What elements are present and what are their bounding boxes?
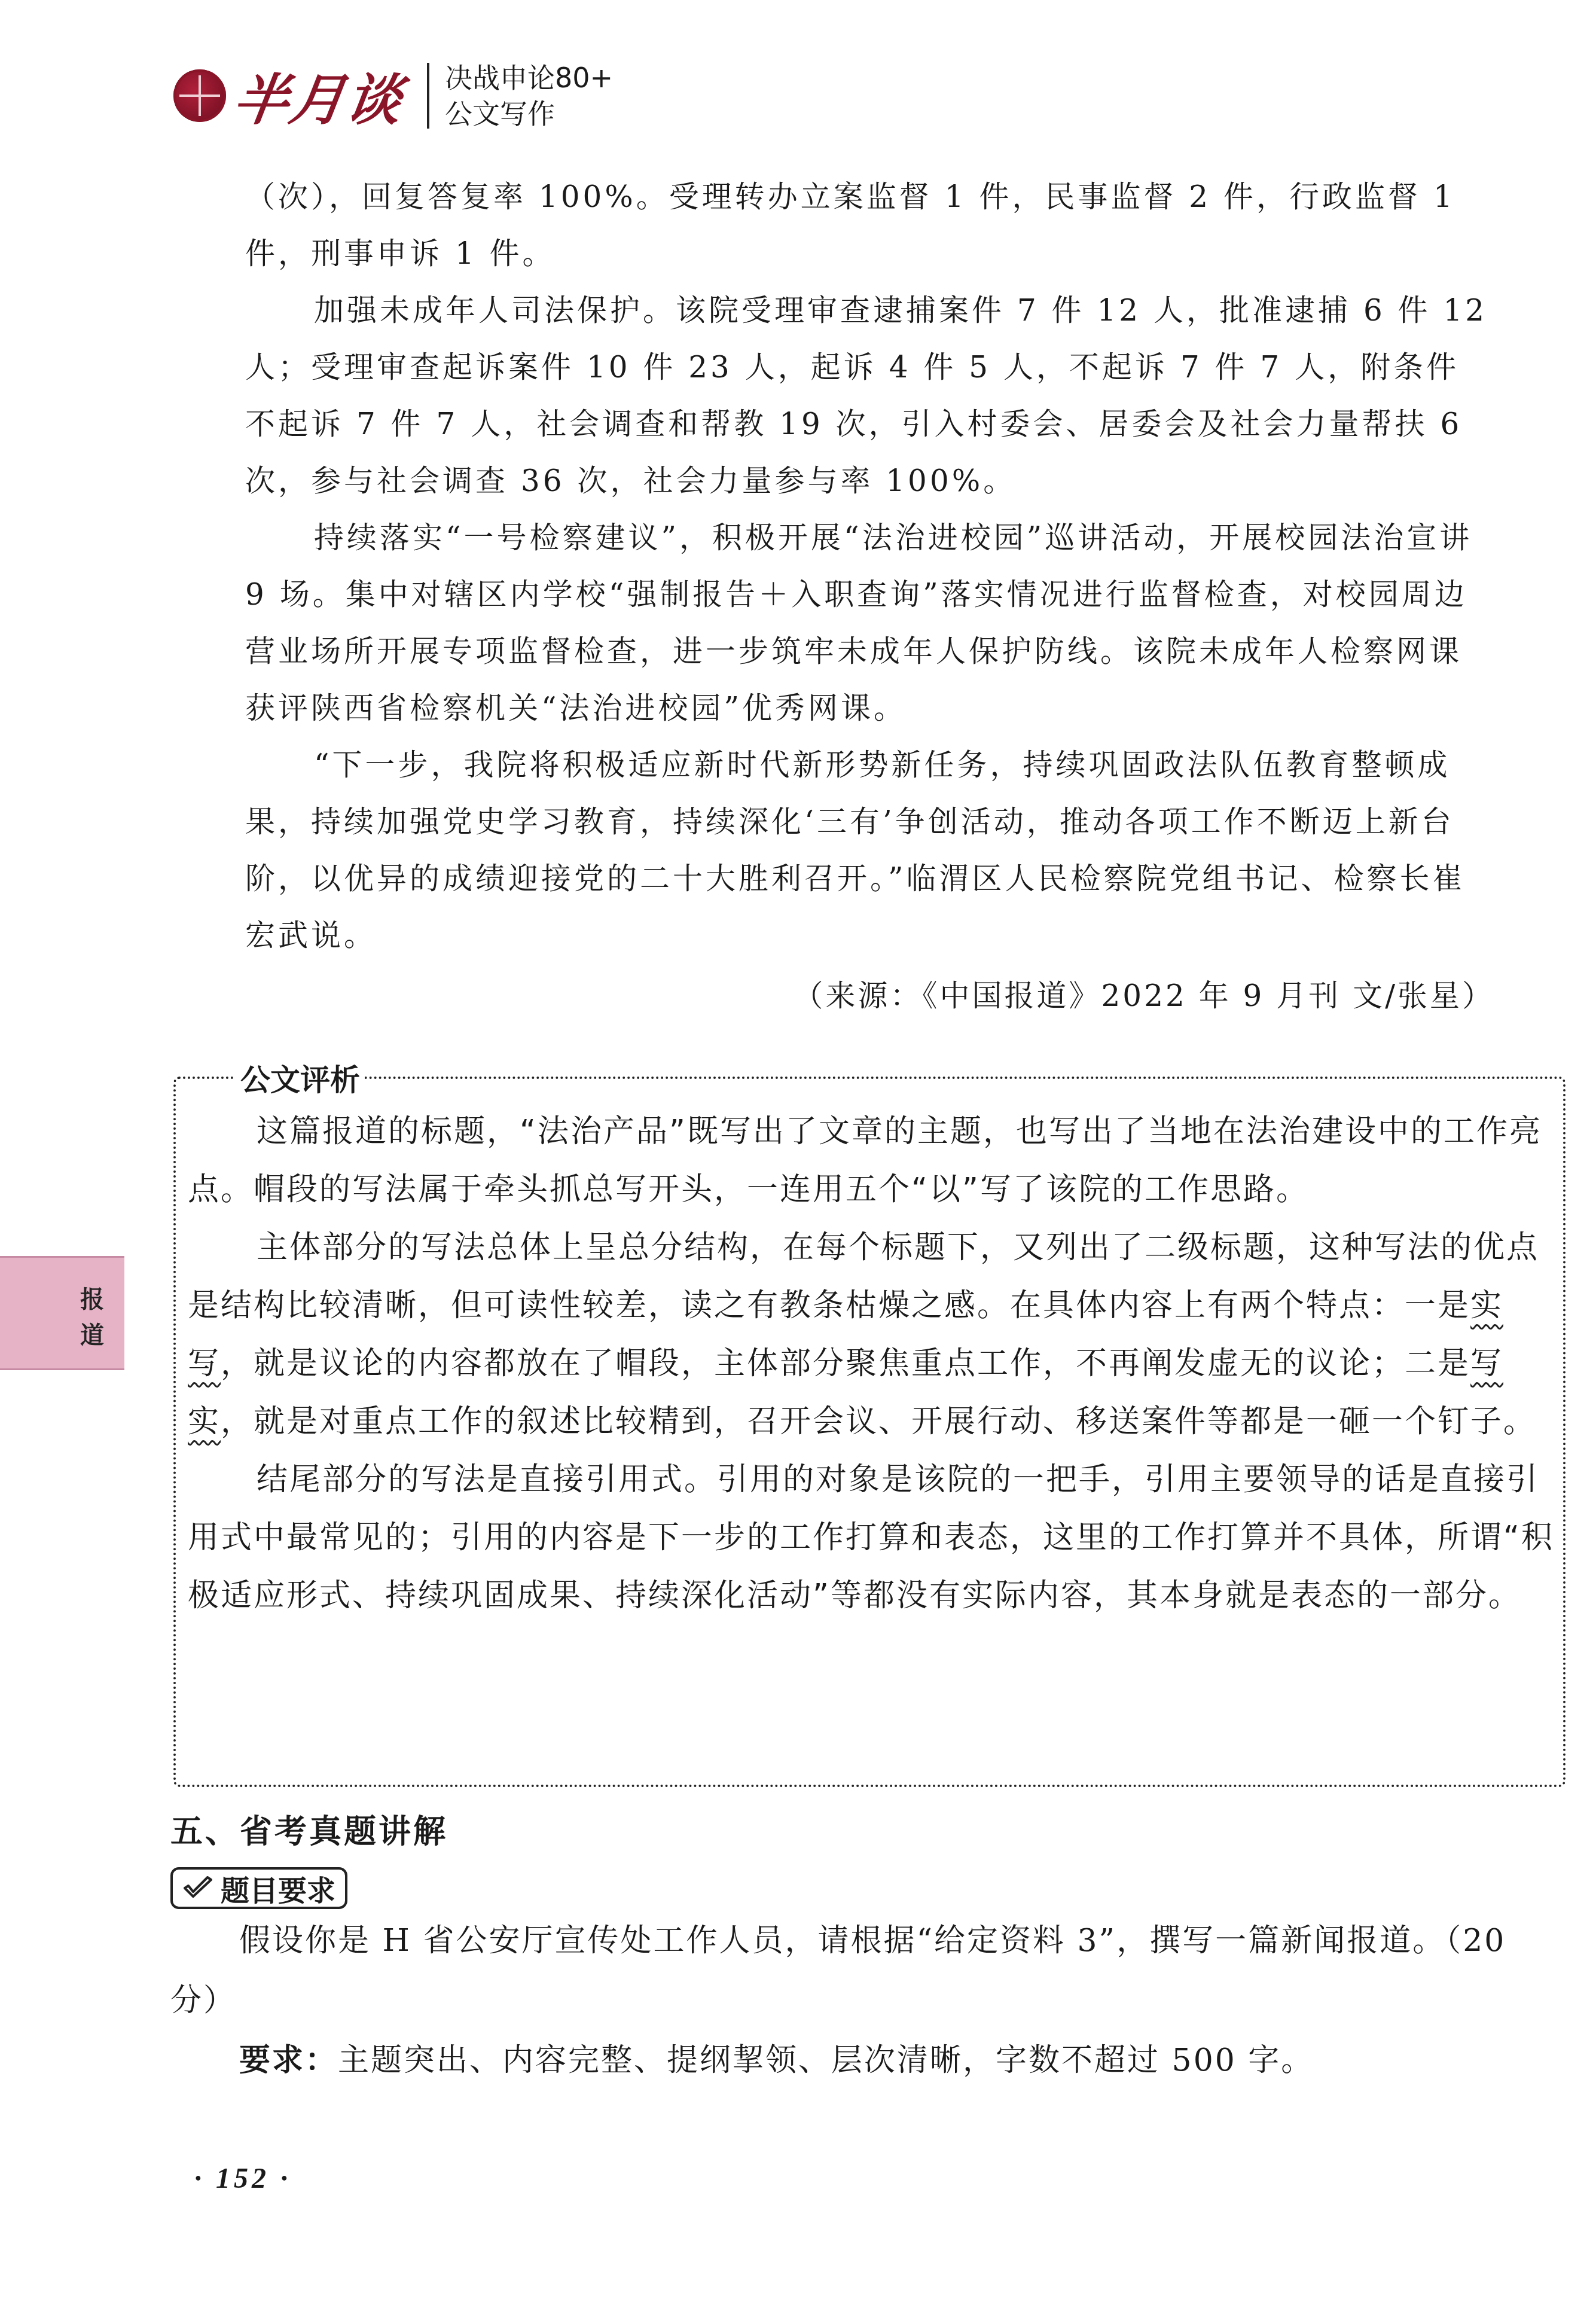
article-paragraph: （次），回复答复率 100%。受理转办立案监督 1 件，民事监督 2 件，行政监… [245,169,1489,282]
page-number: · 152 · [194,2162,291,2195]
analysis-title: 公文评析 [236,1056,365,1099]
article-paragraph: “下一步，我院将积极适应新时代新形势新任务，持续巩固政法队伍教育整顿成果，持续加… [245,737,1489,964]
analysis-paragraph: 主体部分的写法总体上呈总分结构，在每个标题下，又列出了二级标题，这种写法的优点是… [188,1219,1556,1451]
chapter-side-tab-label: 报道 [80,1282,104,1353]
check-icon [182,1876,213,1900]
analysis-text: 主体部分的写法总体上呈总分结构，在每个标题下，又列出了二级标题，这种写法的优点是… [188,1230,1539,1324]
analysis-text: ，就是对重点工作的叙述比较精到，召开会议、开展行动、移送案件等都是一砸一个钉子。 [221,1404,1536,1440]
article-paragraph: 持续落实“一号检察建议”，积极开展“法治进校园”巡讲活动，开展校园法治宣讲 9 … [245,510,1489,737]
brand-logo: 半月谈 [229,56,409,135]
requirement-badge: 题目要求 [170,1867,347,1909]
page-header: 半月谈 决战申论80+ 公文写作 [173,57,613,135]
book-title: 决战申论80+ 公文写作 [445,60,613,132]
globe-logo-icon [173,69,226,122]
analysis-paragraph: 结尾部分的写法是直接引用式。引用的对象是该院的一把手，引用主要领导的话是直接引用… [188,1451,1556,1625]
requirement-text: 主题突出、内容完整、提纲挈领、层次清晰，字数不超过 500 字。 [338,2042,1314,2078]
requirement-label: 要求： [239,2042,338,2078]
article-body: （次），回复答复率 100%。受理转办立案监督 1 件，民事监督 2 件，行政监… [245,169,1489,964]
article-paragraph: 加强未成年人司法保护。该院受理审查逮捕案件 7 件 12 人，批准逮捕 6 件 … [245,282,1489,510]
book-title-line1: 决战申论80+ [445,60,613,96]
question-body: 假设你是 H 省公安厅宣传处工作人员，请根据“给定资料 3”，撰写一篇新闻报道。… [170,1911,1558,2090]
book-title-line2: 公文写作 [445,96,613,132]
analysis-text: ，就是议论的内容都放在了帽段，主体部分聚焦重点工作，不再阐发虚无的议论；二是 [221,1346,1470,1382]
section-heading: 五、省考真题讲解 [170,1806,448,1852]
analysis-body: 这篇报道的标题，“法治产品”既写出了文章的主题，也写出了当地在法治建设中的工作亮… [188,1103,1556,1625]
header-divider [427,63,429,129]
requirement-badge-label: 题目要求 [221,1868,335,1909]
requirement-line: 要求：主题突出、内容完整、提纲挈领、层次清晰，字数不超过 500 字。 [170,2030,1558,2090]
chapter-side-tab: 报道 [0,1256,124,1370]
article-source: （来源：《中国报道》2022 年 9 月刊 文/张星） [794,972,1494,1015]
analysis-paragraph: 这篇报道的标题，“法治产品”既写出了文章的主题，也写出了当地在法治建设中的工作亮… [188,1103,1556,1219]
analysis-box: 公文评析 这篇报道的标题，“法治产品”既写出了文章的主题，也写出了当地在法治建设… [173,1077,1566,1787]
question-text: 假设你是 H 省公安厅宣传处工作人员，请根据“给定资料 3”，撰写一篇新闻报道。… [170,1911,1558,2030]
